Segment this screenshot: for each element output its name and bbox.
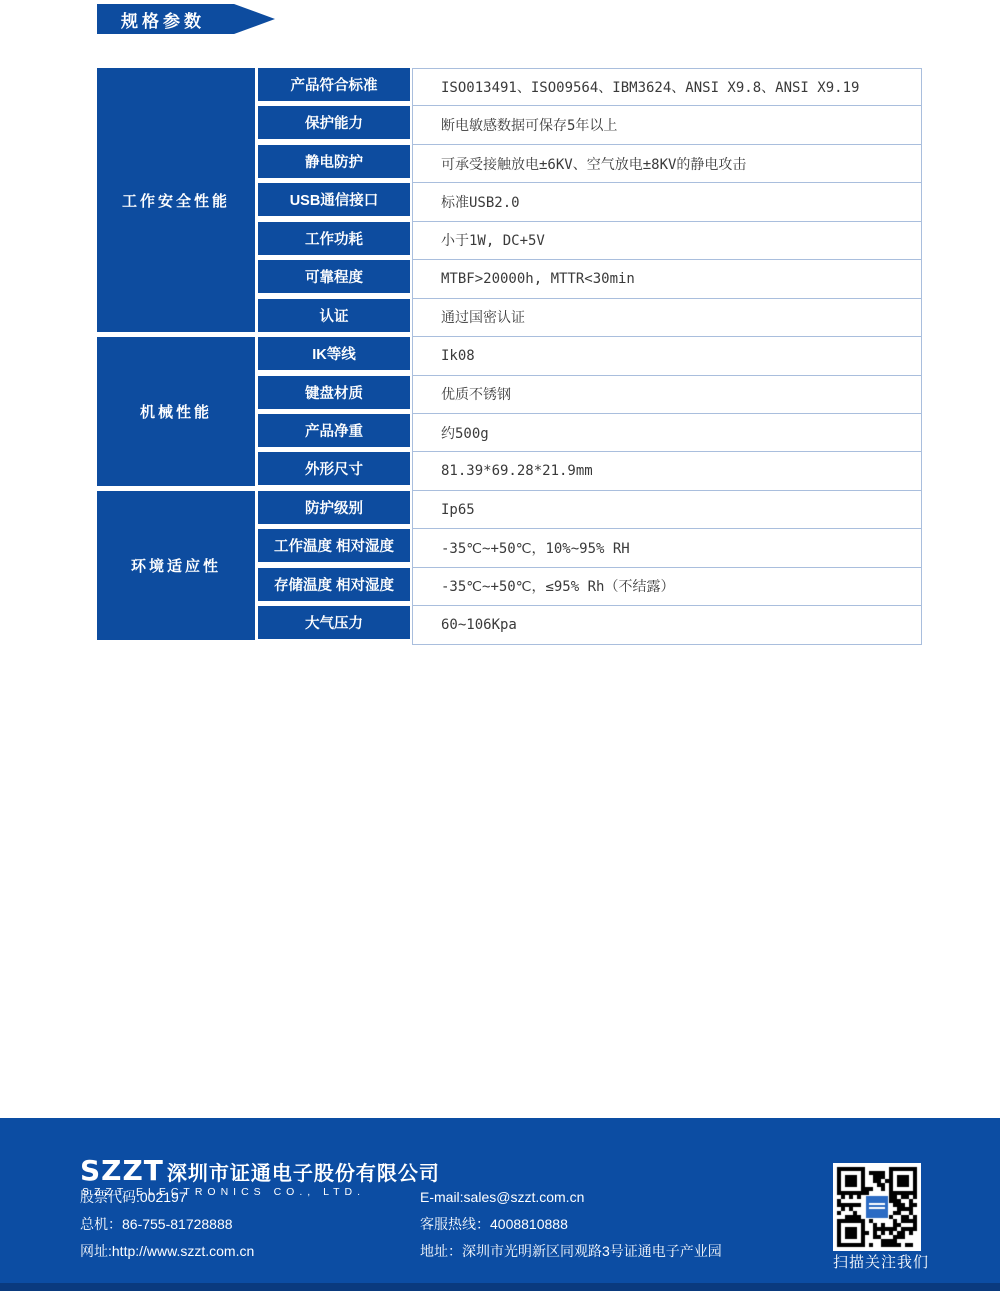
spec-section: 环境适应性 防护级别 Ip65 工作温度 相对湿度 -35℃~+50℃，10%~… <box>97 491 922 645</box>
spec-row-label: 存储温度 相对湿度 <box>258 568 410 601</box>
spec-row-value: 60~106Kpa <box>412 606 922 644</box>
spec-row-value: 81.39*69.28*21.9mm <box>412 452 922 490</box>
page-footer: SZZT 深圳市证通电子股份有限公司 SZZT ELECTRONICS CO.,… <box>0 1118 1000 1291</box>
spec-row-label: 键盘材质 <box>258 376 410 409</box>
email-address: E-mail:sales@szzt.com.cn <box>420 1184 722 1211</box>
footer-middle-column: E-mail:sales@szzt.com.cn 客服热线：4008810888… <box>420 1184 722 1265</box>
spec-section-rows: 产品符合标准 ISO013491、ISO09564、IBM3624、ANSI X… <box>258 68 922 337</box>
spec-row-label: 认证 <box>258 299 410 332</box>
company-logo: SZZT 深圳市证通电子股份有限公司 <box>80 1154 440 1187</box>
spec-row-label: 产品净重 <box>258 414 410 447</box>
footer-bottom-strip <box>0 1283 1000 1291</box>
spec-row-label: IK等线 <box>258 337 410 370</box>
company-address: 地址：深圳市光明新区同观路3号证通电子产业园 <box>420 1238 722 1265</box>
table-row: 保护能力 断电敏感数据可保存5年以上 <box>258 106 922 144</box>
spec-group-label: 机械性能 <box>97 337 255 486</box>
qr-code <box>833 1163 921 1251</box>
spec-row-label: 可靠程度 <box>258 260 410 293</box>
spec-section: 机械性能 IK等线 Ik08 键盘材质 优质不锈钢 产品净重 约500g 外形尺… <box>97 337 922 491</box>
spec-row-value: MTBF>20000h, MTTR<30min <box>412 260 922 298</box>
table-row: 产品净重 约500g <box>258 414 922 452</box>
table-row: 键盘材质 优质不锈钢 <box>258 376 922 414</box>
spec-row-label: 静电防护 <box>258 145 410 178</box>
table-row: 静电防护 可承受接触放电±6KV、空气放电±8KV的静电攻击 <box>258 145 922 183</box>
spec-row-label: 工作功耗 <box>258 222 410 255</box>
spec-row-label: 外形尺寸 <box>258 452 410 485</box>
table-row: 防护级别 Ip65 <box>258 491 922 529</box>
spec-row-value: 可承受接触放电±6KV、空气放电±8KV的静电攻击 <box>412 145 922 183</box>
stock-code: 股票代码:002197 <box>80 1184 254 1211</box>
spec-row-value: 约500g <box>412 414 922 452</box>
table-row: USB通信接口 标准USB2.0 <box>258 183 922 221</box>
spec-row-value: -35℃~+50℃，≤95% Rh（不结露） <box>412 568 922 606</box>
footer-left-column: 股票代码:002197 总机：86-755-81728888 网址:http:/… <box>80 1184 254 1265</box>
spec-row-label: 大气压力 <box>258 606 410 639</box>
spec-row-value: 断电敏感数据可保存5年以上 <box>412 106 922 144</box>
spec-row-value: 优质不锈钢 <box>412 376 922 414</box>
spec-row-label: 防护级别 <box>258 491 410 524</box>
qr-code-image <box>833 1163 921 1251</box>
company-name-cn: 深圳市证通电子股份有限公司 <box>167 1157 440 1186</box>
table-row: 工作功耗 小于1W, DC+5V <box>258 222 922 260</box>
spec-row-value: -35℃~+50℃，10%~95% RH <box>412 529 922 567</box>
table-row: 外形尺寸 81.39*69.28*21.9mm <box>258 452 922 490</box>
logo-szzt-text: SZZT <box>80 1154 164 1187</box>
website-url: 网址:http://www.szzt.com.cn <box>80 1238 254 1265</box>
spec-table: 工作安全性能 产品符合标准 ISO013491、ISO09564、IBM3624… <box>97 68 922 645</box>
table-row: 可靠程度 MTBF>20000h, MTTR<30min <box>258 260 922 298</box>
spec-row-value: Ip65 <box>412 491 922 529</box>
spec-section-rows: IK等线 Ik08 键盘材质 优质不锈钢 产品净重 约500g 外形尺寸 81.… <box>258 337 922 491</box>
spec-row-value: 标准USB2.0 <box>412 183 922 221</box>
service-hotline: 客服热线：4008810888 <box>420 1211 722 1238</box>
spec-row-value: Ik08 <box>412 337 922 375</box>
spec-row-value: 小于1W, DC+5V <box>412 222 922 260</box>
section-title-label: 规格参数 <box>121 7 205 32</box>
spec-row-label: USB通信接口 <box>258 183 410 216</box>
table-row: IK等线 Ik08 <box>258 337 922 375</box>
table-row: 产品符合标准 ISO013491、ISO09564、IBM3624、ANSI X… <box>258 68 922 106</box>
table-row: 认证 通过国密认证 <box>258 299 922 337</box>
spec-row-value: ISO013491、ISO09564、IBM3624、ANSI X9.8、ANS… <box>412 68 922 106</box>
qr-caption: 扫描关注我们 <box>833 1251 929 1272</box>
table-row: 存储温度 相对湿度 -35℃~+50℃，≤95% Rh（不结露） <box>258 568 922 606</box>
spec-group-label: 环境适应性 <box>97 491 255 640</box>
spec-group-label: 工作安全性能 <box>97 68 255 332</box>
spec-row-label: 保护能力 <box>258 106 410 139</box>
spec-row-label: 工作温度 相对湿度 <box>258 529 410 562</box>
section-title-badge: 规格参数 <box>97 4 275 34</box>
phone-number: 总机：86-755-81728888 <box>80 1211 254 1238</box>
spec-row-value: 通过国密认证 <box>412 299 922 337</box>
spec-section: 工作安全性能 产品符合标准 ISO013491、ISO09564、IBM3624… <box>97 68 922 337</box>
table-row: 大气压力 60~106Kpa <box>258 606 922 644</box>
spec-row-label: 产品符合标准 <box>258 68 410 101</box>
table-row: 工作温度 相对湿度 -35℃~+50℃，10%~95% RH <box>258 529 922 567</box>
spec-section-rows: 防护级别 Ip65 工作温度 相对湿度 -35℃~+50℃，10%~95% RH… <box>258 491 922 645</box>
